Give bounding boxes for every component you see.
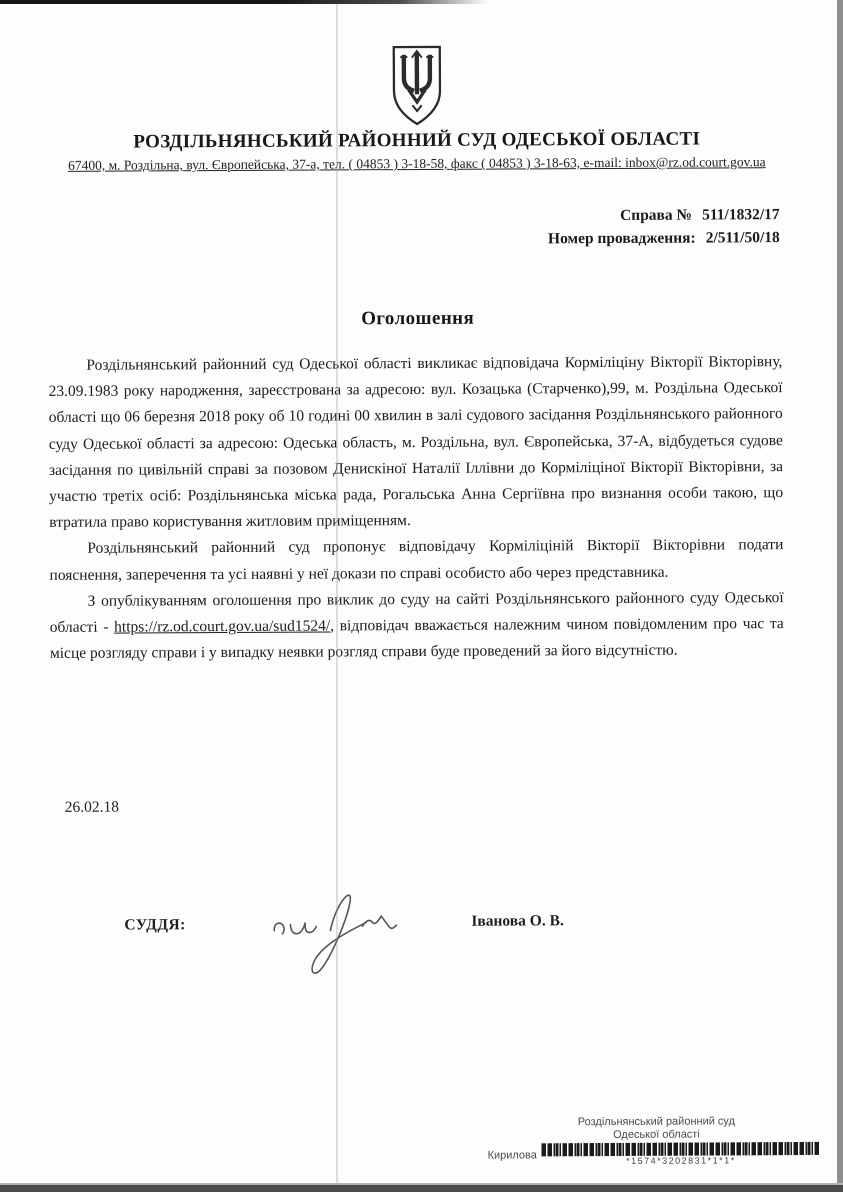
barcode-number: *1574*3202831*1*1* <box>626 1155 736 1166</box>
body-paragraph-summons: Роздільнянський районний суд Одеської об… <box>48 349 783 536</box>
document-title: Оголошення <box>0 306 836 332</box>
court-website-url: https://rz.od.court.gov.ua/sud1524/ <box>114 617 330 635</box>
court-address-line: 67400, м. Роздільна, вул. Європейська, 3… <box>28 154 805 174</box>
scan-artifact-top-edge <box>0 0 488 4</box>
barcode <box>542 1142 820 1156</box>
document-body: Роздільнянський районний суд Одеської об… <box>48 349 784 667</box>
case-number-label: Справа № <box>620 204 692 227</box>
registry-stamp: Роздільнянський районний суд Одеської об… <box>471 1115 841 1167</box>
case-number-value: 511/1832/17 <box>702 203 780 226</box>
stamp-barcode-row: Кирилова *1574*3202831*1*1* <box>471 1142 841 1167</box>
document-page: РОЗДІЛЬНЯНСЬКИЙ РАЙОННИЙ СУД ОДЕСЬКОЇ ОБ… <box>0 0 841 1192</box>
scan-artifact-bottom-edge <box>0 1183 843 1192</box>
scan-artifact-right-edge <box>837 0 843 1192</box>
judge-title-label: СУДДЯ: <box>124 916 186 934</box>
case-info-block: Справа № 511/1832/17 Номер провадження: … <box>0 203 836 253</box>
judge-name: Іванова О. В. <box>471 912 564 930</box>
proceeding-number-row: Номер провадження: 2/511/50/18 <box>0 226 780 253</box>
ukraine-trident-emblem-icon <box>388 44 444 128</box>
body-paragraph-publication: З опублікуванням оголошення про виклик д… <box>50 585 784 667</box>
proceeding-number-label: Номер провадження: <box>548 227 696 251</box>
scan-fold-line <box>336 0 338 1192</box>
stamp-court-line2: Одеської області <box>471 1128 841 1143</box>
clerk-name: Кирилова <box>488 1149 537 1161</box>
barcode-wrap: *1574*3202831*1*1* <box>542 1142 820 1166</box>
document-date: 26.02.18 <box>65 799 119 817</box>
court-name-heading: РОЗДІЛЬНЯНСЬКИЙ РАЙОННИЙ СУД ОДЕСЬКОЇ ОБ… <box>8 128 825 154</box>
proceeding-number-value: 2/511/50/18 <box>706 226 780 249</box>
body-paragraph-instructions: Роздільнянський районний суд пропонує ві… <box>49 533 783 589</box>
